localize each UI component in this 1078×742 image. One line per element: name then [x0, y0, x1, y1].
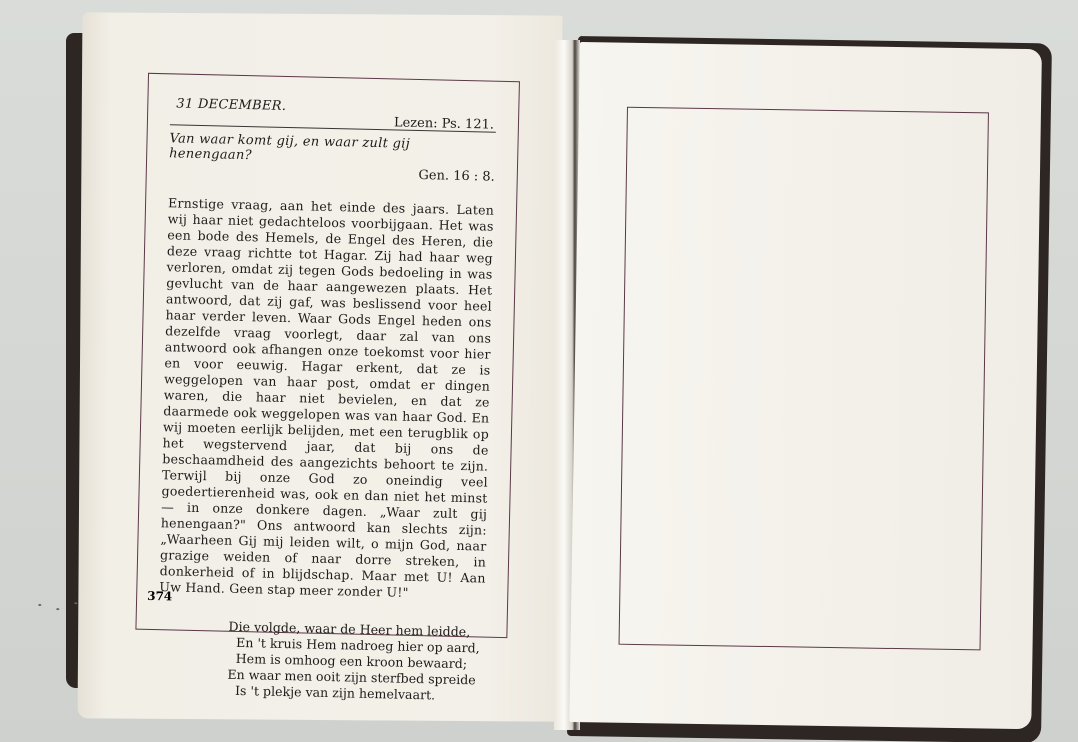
paper-speck — [56, 608, 59, 610]
reading-reference: Lezen: Ps. 121. — [394, 115, 494, 132]
page-number: 374 — [147, 589, 172, 604]
poem: Die volgde, waar de Heer hem leidde, En … — [227, 619, 485, 705]
right-page-frame — [619, 107, 989, 651]
devotional-content: 31 DECEMBER. Lezen: Ps. 121. Van waar ko… — [157, 90, 497, 704]
left-page-frame: 31 DECEMBER. Lezen: Ps. 121. Van waar ko… — [135, 73, 520, 638]
paper-speck — [38, 604, 41, 606]
left-page: 31 DECEMBER. Lezen: Ps. 121. Van waar ko… — [78, 12, 563, 721]
right-page — [569, 42, 1042, 729]
meditation-body: Ernstige vraag, aan het einde des jaars.… — [159, 195, 494, 602]
entry-date: 31 DECEMBER. — [176, 96, 286, 113]
paper-speck — [74, 602, 77, 604]
